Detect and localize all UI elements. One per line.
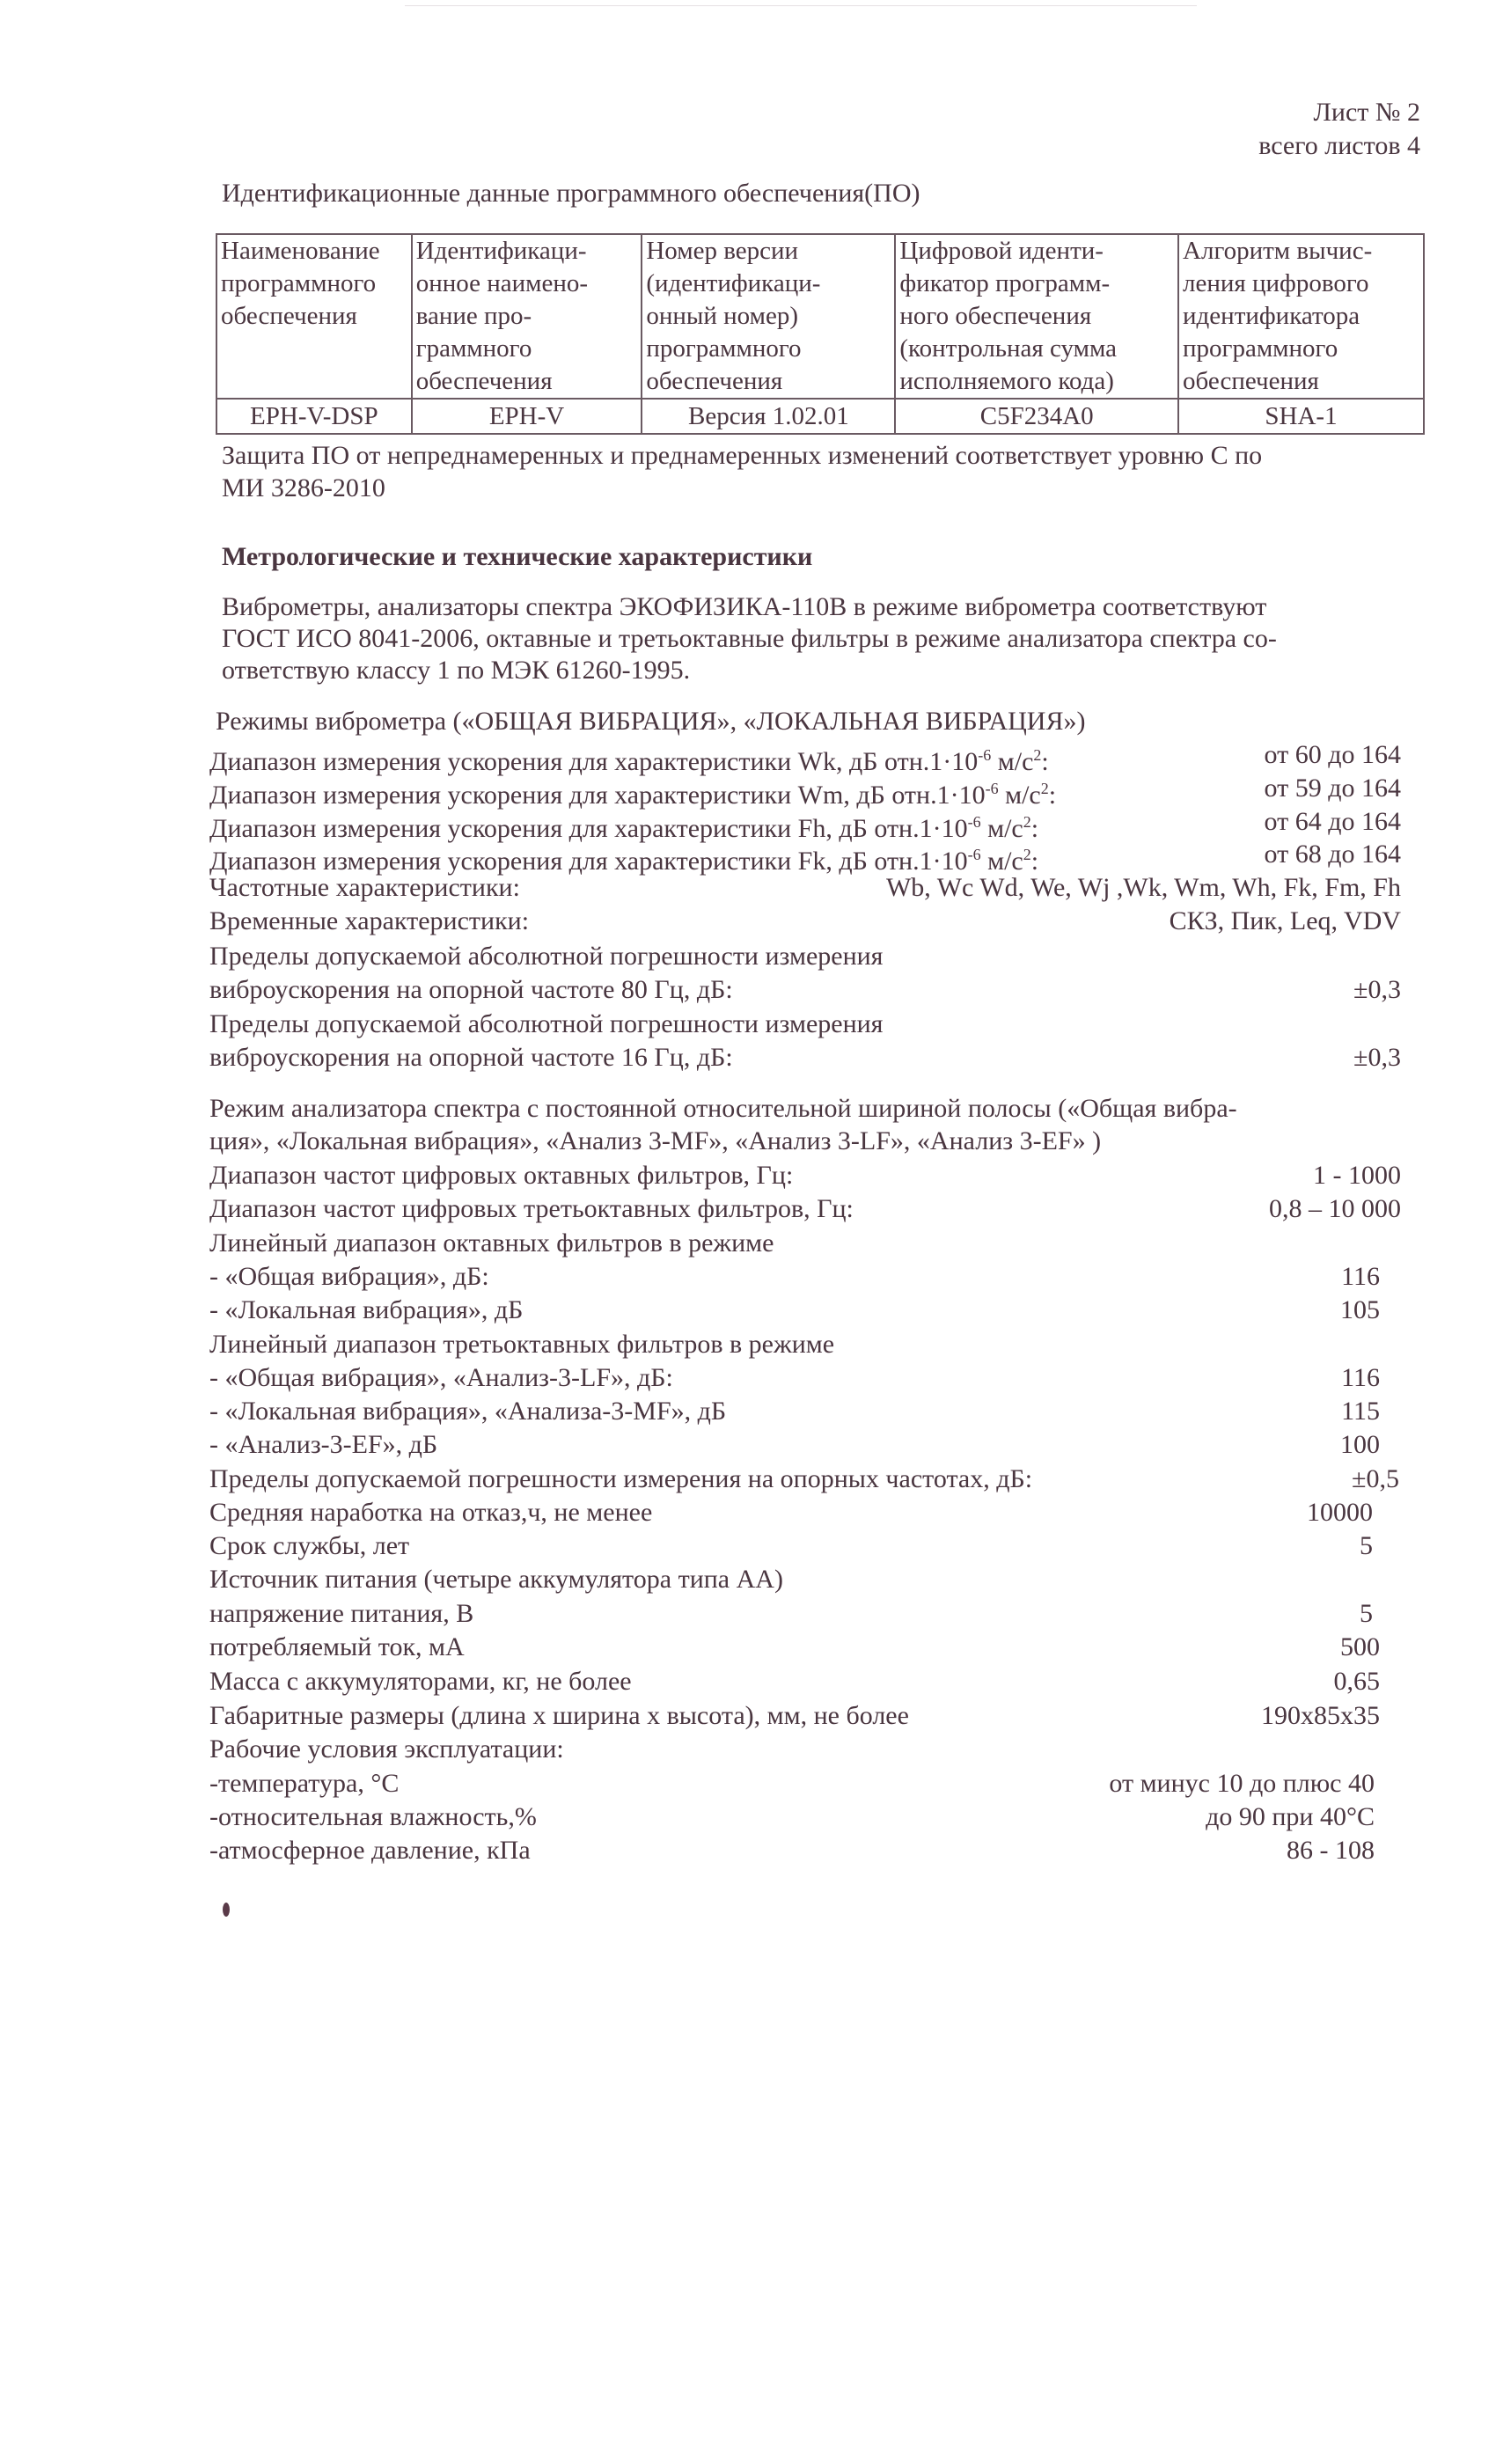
header-line: ного обеспечения xyxy=(899,300,1174,333)
spec-row: Линейный диапазон октавных фильтров в ре… xyxy=(209,1228,1401,1259)
software-id-caption: Идентификационные данные программного об… xyxy=(222,178,920,209)
time-characteristics-row: Временные характеристики: СКЗ, Пик, Leq,… xyxy=(209,906,1401,937)
table-cell-algorithm: SHA-1 xyxy=(1178,399,1424,434)
header-line: онное наимено- xyxy=(416,268,638,300)
header-line: обеспечения xyxy=(221,300,407,333)
header-line: граммного xyxy=(416,333,638,365)
spec-row: Источник питания (четыре аккумулятора ти… xyxy=(209,1564,1401,1595)
sheet-total: всего листов 4 xyxy=(1258,130,1420,162)
spec-value: до 90 при 40°С xyxy=(1206,1801,1375,1833)
header-line: (контрольная сумма xyxy=(899,333,1174,365)
spec-value: ±0,3 xyxy=(1353,974,1401,1006)
table-header-cell: Номер версии(идентификаци-онный номер)пр… xyxy=(642,234,895,399)
table-header-cell: Идентификаци-онное наимено-вание про-гра… xyxy=(412,234,642,399)
error-16hz-row: виброускорения на опорной частоте 16 Гц,… xyxy=(209,1042,1401,1074)
table-cell-id-name: EPH-V xyxy=(412,399,642,434)
exponent: 2 xyxy=(1023,813,1031,831)
analyzer-mode-line: Режим анализатора спектра с постоянной о… xyxy=(209,1093,1237,1125)
spec-row: -температура, °Сот минус 10 до плюс 40 xyxy=(209,1768,1375,1800)
exponent: 2 xyxy=(1041,780,1049,797)
spec-row: - «Локальная вибрация», «Анализа-3-MF», … xyxy=(209,1396,1380,1427)
header-line: вание про- xyxy=(416,300,638,333)
spec-label: Линейный диапазон третьоктавных фильтров… xyxy=(209,1329,834,1360)
spec-row: - «Общая вибрация», дБ:116 xyxy=(209,1261,1380,1293)
spec-value: 116 xyxy=(1341,1261,1380,1293)
spec-row: потребляемый ток, мА500 xyxy=(209,1632,1380,1663)
spec-label: -атмосферное давление, кПа xyxy=(209,1835,531,1866)
spec-value: 500 xyxy=(1340,1632,1380,1663)
exponent: -6 xyxy=(986,780,999,797)
header-line: программного xyxy=(646,333,891,365)
analyzer-mode-line: ция», «Локальная вибрация», «Анализ 3-MF… xyxy=(209,1126,1101,1157)
header-line: программного xyxy=(221,268,407,300)
intro-line: ГОСТ ИСО 8041-2006, октавные и третьокта… xyxy=(222,623,1277,655)
spec-label: Габаритные размеры (длина х ширина х выс… xyxy=(209,1700,909,1732)
spec-value: 116 xyxy=(1341,1362,1380,1394)
error-16hz-label-line1: Пределы допускаемой абсолютной погрешнос… xyxy=(209,1008,883,1040)
spec-value: ±0,5 xyxy=(1352,1463,1399,1495)
header-line: онный номер) xyxy=(646,300,891,333)
vibrometer-modes: Режимы виброметра («ОБЩАЯ ВИБРАЦИЯ», «ЛО… xyxy=(216,706,1085,737)
table-cell-checksum: C5F234A0 xyxy=(895,399,1178,434)
spec-row: напряжение питания, В5 xyxy=(209,1598,1373,1630)
table-cell-version: Версия 1.02.01 xyxy=(642,399,895,434)
section-heading: Метрологические и технические характерис… xyxy=(222,541,812,573)
spec-row: -относительная влажность,%до 90 при 40°С xyxy=(209,1801,1375,1833)
intro-line: ответствую классу 1 по МЭК 61260-1995. xyxy=(222,655,690,686)
spec-label: напряжение питания, В xyxy=(209,1598,473,1630)
table-header-cell: Цифровой иденти-фикатор программ-ного об… xyxy=(895,234,1178,399)
scan-mark xyxy=(223,1903,230,1917)
spec-value: 0,65 xyxy=(1334,1666,1381,1698)
header-line: Номер версии xyxy=(646,235,891,268)
spec-label: - «Анализ-3-EF», дБ xyxy=(209,1429,437,1461)
spec-label: - «Локальная вибрация», «Анализа-3-MF», … xyxy=(209,1396,726,1427)
protection-text-line2: МИ 3286-2010 xyxy=(222,473,385,504)
spec-row: Рабочие условия эксплуатации: xyxy=(209,1734,1401,1765)
header-line: фикатор программ- xyxy=(899,268,1174,300)
spec-value: 86 - 108 xyxy=(1287,1835,1375,1866)
exponent: -6 xyxy=(968,813,981,831)
spec-label: -относительная влажность,% xyxy=(209,1801,537,1833)
header-line: Цифровой иденти- xyxy=(899,235,1174,268)
error-80hz-row: виброускорения на опорной частоте 80 Гц,… xyxy=(209,974,1401,1006)
spec-value: 190x85x35 xyxy=(1261,1700,1380,1732)
spec-value: 5 xyxy=(1360,1530,1373,1562)
table-header-cell: Алгоритм вычис-ления цифровогоидентифика… xyxy=(1178,234,1424,399)
protection-text-line1: Защита ПО от непреднамеренных и преднаме… xyxy=(222,440,1262,472)
spec-row: - «Локальная вибрация», дБ105 xyxy=(209,1294,1380,1326)
spec-label: Временные характеристики: xyxy=(209,906,529,937)
software-id-table: Наименованиепрограммногообеспечения Иден… xyxy=(216,233,1425,435)
spec-row: - «Анализ-3-EF», дБ100 xyxy=(209,1429,1380,1461)
spec-value: 105 xyxy=(1340,1294,1380,1326)
header-line: программного xyxy=(1183,333,1419,365)
spec-value: 115 xyxy=(1341,1396,1380,1427)
table-header-cell: Наименованиепрограммногообеспечения xyxy=(216,234,412,399)
spec-label: Рабочие условия эксплуатации: xyxy=(209,1734,564,1765)
scan-edge-line xyxy=(405,5,1197,6)
header-line: (идентификаци- xyxy=(646,268,891,300)
spec-row: - «Общая вибрация», «Анализ-3-LF», дБ:11… xyxy=(209,1362,1380,1394)
spec-row: Масса с аккумуляторами, кг, не более0,65 xyxy=(209,1666,1380,1698)
spec-row: Диапазон частот цифровых октавных фильтр… xyxy=(209,1160,1401,1192)
header-line: исполняемого кода) xyxy=(899,365,1174,398)
spec-label: виброускорения на опорной частоте 16 Гц,… xyxy=(209,1042,733,1074)
header-line: ления цифрового xyxy=(1183,268,1419,300)
spec-label: -температура, °С xyxy=(209,1768,399,1800)
spec-value: СКЗ, Пик, Leq, VDV xyxy=(1170,906,1401,937)
spec-row: Срок службы, лет5 xyxy=(209,1530,1373,1562)
exponent: 2 xyxy=(1023,846,1031,863)
spec-label: - «Общая вибрация», дБ: xyxy=(209,1261,489,1293)
spec-label: Пределы допускаемой погрешности измерени… xyxy=(209,1463,1032,1495)
spec-label: Диапазон частот цифровых октавных фильтр… xyxy=(209,1160,793,1192)
spec-label: Линейный диапазон октавных фильтров в ре… xyxy=(209,1228,774,1259)
spec-row: -атмосферное давление, кПа86 - 108 xyxy=(209,1835,1375,1866)
spec-row: Средняя наработка на отказ,ч, не менее10… xyxy=(209,1497,1373,1529)
spec-value: 10000 xyxy=(1307,1497,1373,1529)
document-page: Лист № 2 всего листов 4 Идентификационны… xyxy=(0,0,1496,2464)
spec-value: 1 - 1000 xyxy=(1313,1160,1401,1192)
error-80hz-label-line1: Пределы допускаемой абсолютной погрешнос… xyxy=(209,941,883,972)
spec-label: Источник питания (четыре аккумулятора ти… xyxy=(209,1564,783,1595)
spec-label: виброускорения на опорной частоте 80 Гц,… xyxy=(209,974,733,1006)
spec-label: - «Общая вибрация», «Анализ-3-LF», дБ: xyxy=(209,1362,673,1394)
header-line: идентификатора xyxy=(1183,300,1419,333)
frequency-characteristics-row: Частотные характеристики: Wb, Wc Wd, We,… xyxy=(209,872,1401,904)
spec-row: Линейный диапазон третьоктавных фильтров… xyxy=(209,1329,1401,1360)
exponent: -6 xyxy=(968,846,981,863)
spec-value: 0,8 – 10 000 xyxy=(1269,1193,1401,1225)
intro-line: Виброметры, анализаторы спектра ЭКОФИЗИК… xyxy=(222,591,1266,623)
header-line: обеспечения xyxy=(1183,365,1419,398)
spec-value: 100 xyxy=(1340,1429,1380,1461)
spec-value: 5 xyxy=(1360,1598,1373,1630)
spec-label: Диапазон частот цифровых третьоктавных ф… xyxy=(209,1193,854,1225)
spec-row: Габаритные размеры (длина х ширина х выс… xyxy=(209,1700,1380,1732)
spec-value: от минус 10 до плюс 40 xyxy=(1109,1768,1375,1800)
exponent: -6 xyxy=(978,746,991,764)
header-line: обеспечения xyxy=(646,365,891,398)
spec-label: потребляемый ток, мА xyxy=(209,1632,465,1663)
spec-row: Пределы допускаемой погрешности измерени… xyxy=(209,1463,1399,1495)
header-line: Алгоритм вычис- xyxy=(1183,235,1419,268)
table-header-row: Наименованиепрограммногообеспечения Иден… xyxy=(216,234,1424,399)
spec-row: Диапазон частот цифровых третьоктавных ф… xyxy=(209,1193,1401,1225)
spec-label: Масса с аккумуляторами, кг, не более xyxy=(209,1666,632,1698)
header-line: Наименование xyxy=(221,235,407,268)
spec-label: Средняя наработка на отказ,ч, не менее xyxy=(209,1497,652,1529)
sheet-number: Лист № 2 xyxy=(1314,97,1420,128)
table-row: EPH-V-DSP EPH-V Версия 1.02.01 C5F234A0 … xyxy=(216,399,1424,434)
table-cell-software-name: EPH-V-DSP xyxy=(216,399,412,434)
header-line: Идентификаци- xyxy=(416,235,638,268)
spec-label: Частотные характеристики: xyxy=(209,872,520,904)
spec-value: Wb, Wc Wd, We, Wj ,Wk, Wm, Wh, Fk, Fm, F… xyxy=(886,872,1401,904)
spec-value: ±0,3 xyxy=(1353,1042,1401,1074)
spec-label: Срок службы, лет xyxy=(209,1530,409,1562)
spec-label: - «Локальная вибрация», дБ xyxy=(209,1294,523,1326)
header-line: обеспечения xyxy=(416,365,638,398)
